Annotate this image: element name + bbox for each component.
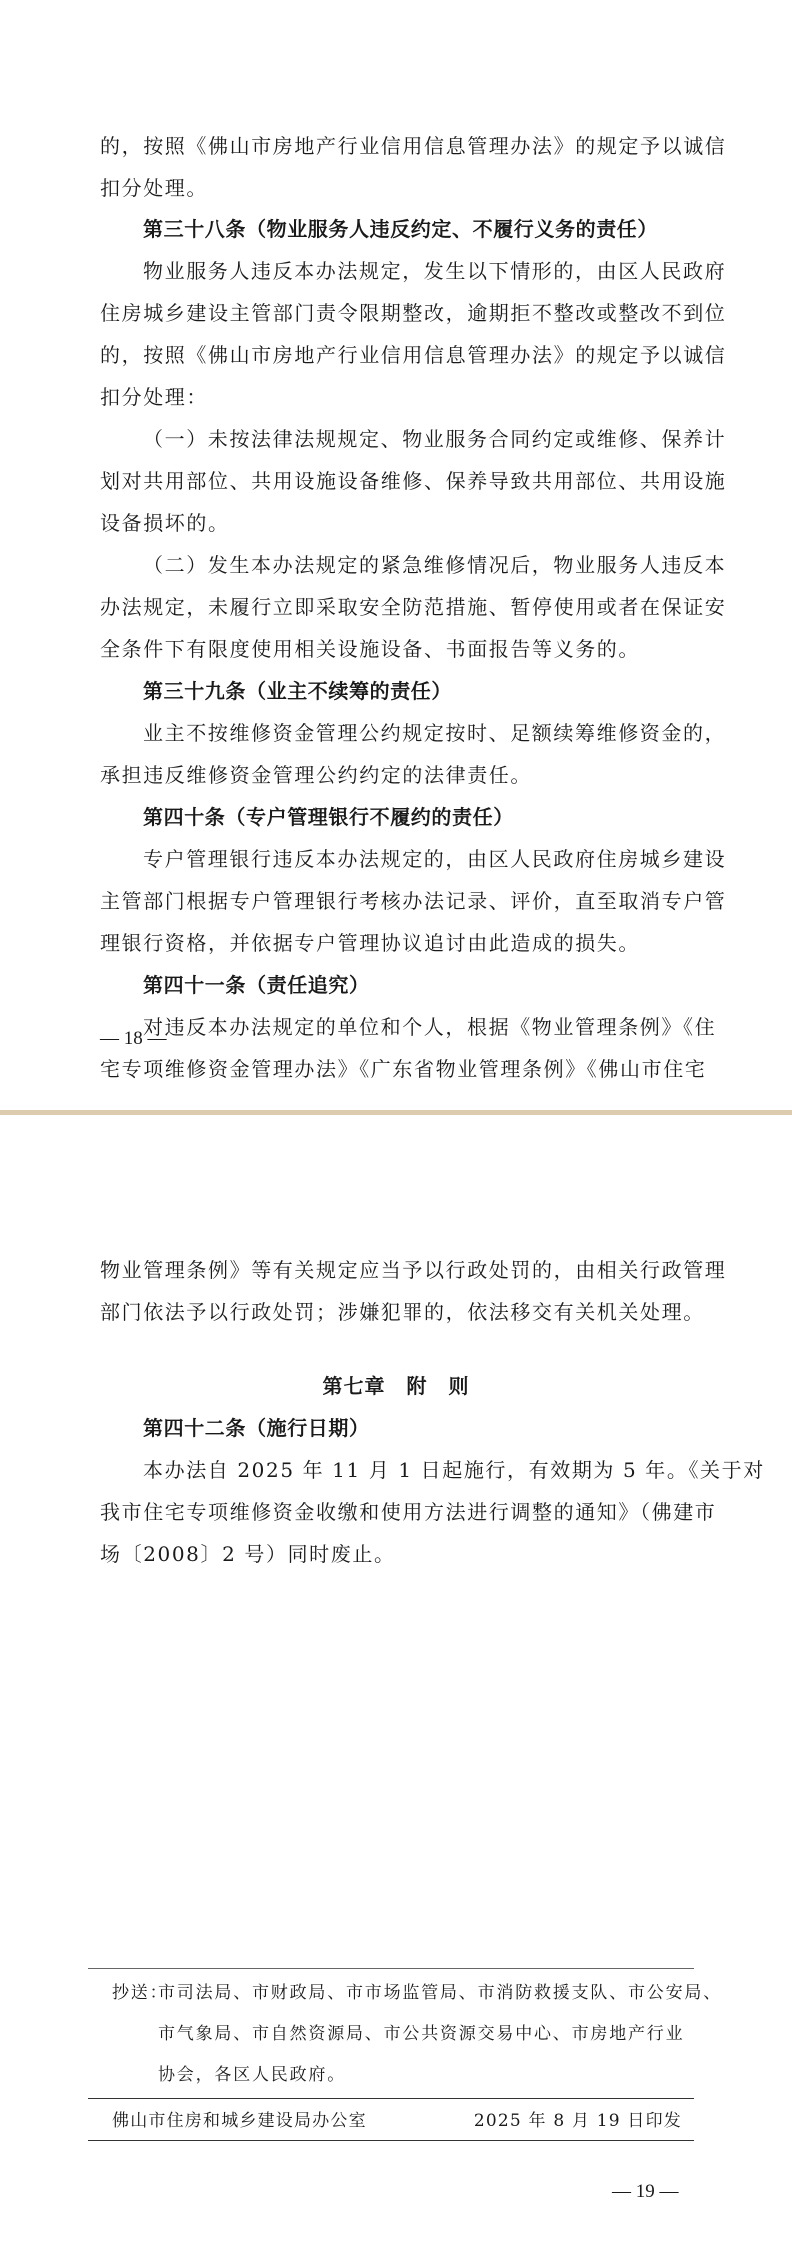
body-line: 业主不按维修资金管理公约规定按时、足额续筹维修资金的， bbox=[143, 717, 743, 749]
article-41-title: 第四十一条（责任追究） bbox=[143, 969, 743, 1001]
article-38-title: 第三十八条（物业服务人违反约定、不履行义务的责任） bbox=[143, 213, 743, 245]
list-item-1: （一）未按法律法规规定、物业服务合同约定或维修、保养计 bbox=[143, 423, 743, 455]
page-number-18: — 18 — bbox=[100, 1025, 167, 1053]
article-39-title: 第三十九条（业主不续筹的责任） bbox=[143, 675, 743, 707]
footer-bottom-rule bbox=[88, 2140, 694, 2141]
cc-line: 市气象局、市自然资源局、市公共资源交易中心、市房地产行业 bbox=[158, 2019, 684, 2049]
issuer-office: 佛山市住房和城乡建设局办公室 bbox=[112, 2106, 367, 2136]
body-line: 承担违反维修资金管理公约约定的法律责任。 bbox=[100, 759, 700, 791]
body-line: 的，按照《佛山市房地产行业信用信息管理办法》的规定予以诚信 bbox=[100, 130, 700, 162]
body-line: 设备损坏的。 bbox=[100, 507, 700, 539]
body-line: 我市住宅专项维修资金收缴和使用方法进行调整的通知》（佛建市 bbox=[100, 1496, 700, 1528]
cc-top-rule bbox=[88, 1968, 694, 1969]
body-line: 全条件下有限度使用相关设施设备、书面报告等义务的。 bbox=[100, 633, 700, 665]
list-item-2: （二）发生本办法规定的紧急维修情况后，物业服务人违反本 bbox=[143, 549, 743, 581]
issue-date: 2025 年 8 月 19 日印发 bbox=[432, 2106, 682, 2136]
body-line: 办法规定，未履行立即采取安全防范措施、暂停使用或者在保证安 bbox=[100, 591, 700, 623]
body-line: 住房城乡建设主管部门责令限期整改，逾期拒不整改或整改不到位 bbox=[100, 297, 700, 329]
cc-bottom-rule bbox=[88, 2098, 694, 2099]
body-line: 物业管理条例》等有关规定应当予以行政处罚的，由相关行政管理 bbox=[100, 1254, 700, 1286]
body-line: 物业服务人违反本办法规定，发生以下情形的，由区人民政府 bbox=[143, 255, 743, 287]
body-line: 本办法自 2025 年 11 月 1 日起施行，有效期为 5 年。《关于对 bbox=[143, 1454, 743, 1486]
body-line: 理银行资格，并依据专户管理协议追讨由此造成的损失。 bbox=[100, 927, 700, 959]
body-line: 部门依法予以行政处罚；涉嫌犯罪的，依法移交有关机关处理。 bbox=[100, 1296, 700, 1328]
body-line: 扣分处理。 bbox=[100, 172, 700, 204]
article-42-title: 第四十二条（施行日期） bbox=[143, 1412, 743, 1444]
body-line: 专户管理银行违反本办法规定的，由区人民政府住房城乡建设 bbox=[143, 843, 743, 875]
body-line: 扣分处理： bbox=[100, 381, 700, 413]
page-separator bbox=[0, 1110, 792, 1115]
page-18: 的，按照《佛山市房地产行业信用信息管理办法》的规定予以诚信 扣分处理。 第三十八… bbox=[0, 0, 792, 1110]
cc-line: 协会，各区人民政府。 bbox=[158, 2060, 346, 2090]
body-line: 划对共用部位、共用设施设备维修、保养导致共用部位、共用设施 bbox=[100, 465, 700, 497]
body-line: 的，按照《佛山市房地产行业信用信息管理办法》的规定予以诚信 bbox=[100, 339, 700, 371]
article-40-title: 第四十条（专户管理银行不履约的责任） bbox=[143, 801, 743, 833]
chapter-7-title: 第七章 附 则 bbox=[0, 1370, 792, 1402]
body-line: 主管部门根据专户管理银行考核办法记录、评价，直至取消专户管 bbox=[100, 885, 700, 917]
page-number-19: — 19 — bbox=[612, 2178, 679, 2206]
body-line: 场〔2008〕2 号）同时废止。 bbox=[100, 1538, 700, 1570]
cc-line: 市司法局、市财政局、市市场监管局、市消防救援支队、市公安局、 bbox=[158, 1978, 722, 2008]
body-line: 对违反本办法规定的单位和个人，根据《物业管理条例》《住 bbox=[143, 1011, 743, 1043]
body-line: 宅专项维修资金管理办法》《广东省物业管理条例》《佛山市住宅 bbox=[100, 1053, 700, 1085]
page-19: 物业管理条例》等有关规定应当予以行政处罚的，由相关行政管理 部门依法予以行政处罚… bbox=[0, 1116, 792, 2268]
